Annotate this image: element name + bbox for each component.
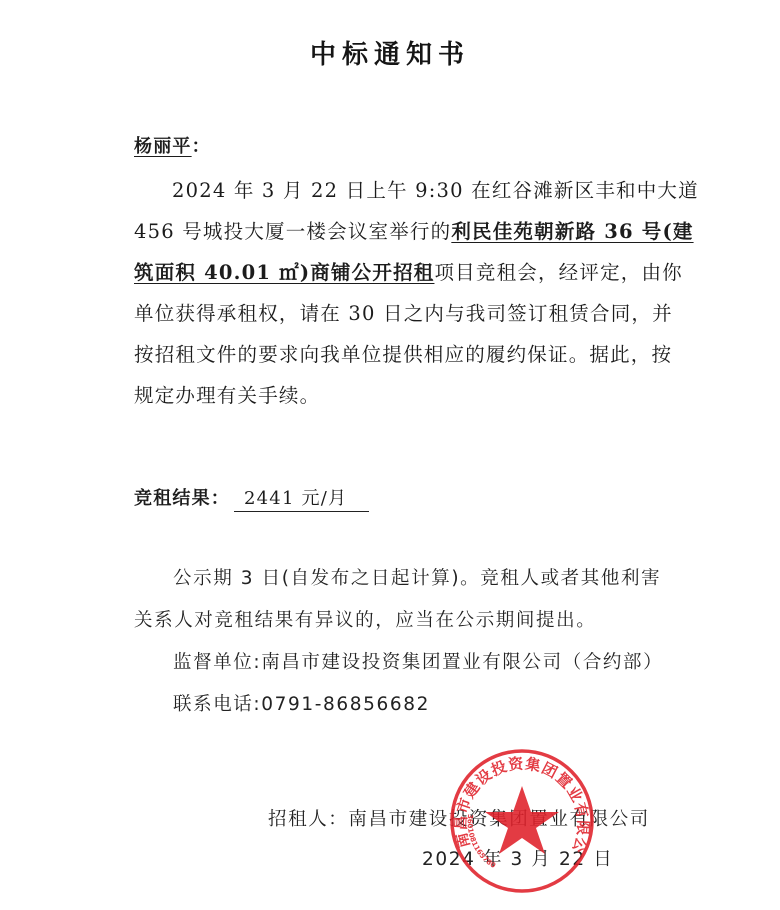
issuer-line: 招租人：南昌市建设投资集团置业有限公司	[268, 805, 650, 831]
paragraph1-line1: 2024 年 3 月 22 日上午 9:30 在红谷滩新区丰和中大道	[172, 175, 699, 203]
salutation-colon: ：	[192, 136, 211, 157]
paragraph1-line4: 单位获得承租权，请在 30 日之内与我司签订租赁合同，并	[134, 298, 673, 326]
notice-line2: 关系人对竞租结果有异议的，应当在公示期间提出。	[134, 606, 596, 632]
bid-result: 竞租结果：2441 元/月	[134, 484, 369, 512]
phone-line: 联系电话:0791-86856682	[173, 690, 430, 716]
paragraph1-line5: 按招租文件的要求向我单位提供相应的履约保证。据此，按	[134, 339, 672, 367]
notice-line1: 公示期 3 日(自发布之日起计算)。竞租人或者其他利害	[173, 564, 661, 590]
recipient-name: 杨丽平	[134, 136, 192, 157]
bid-result-value: 2441 元/月	[234, 484, 369, 512]
salutation: 杨丽平：	[134, 132, 211, 158]
date-line: 2024 年 3 月 22 日	[422, 845, 613, 871]
paragraph1-line3-plain: 项目竞租会，经评定，由你	[434, 261, 682, 284]
bid-result-label: 竞租结果：	[134, 488, 230, 509]
document-title: 中标通知书	[0, 34, 780, 71]
paragraph1-line3: 筑面积 40.01 ㎡)商铺公开招租项目竞租会，经评定，由你	[134, 257, 683, 285]
supervisor-line: 监督单位:南昌市建设投资集团置业有限公司（合约部）	[173, 648, 663, 674]
notice-document: 中标通知书 杨丽平： 2024 年 3 月 22 日上午 9:30 在红谷滩新区…	[0, 0, 780, 910]
seal-arc-text: 南昌市建设投资集团置业有限公司	[449, 748, 592, 856]
paragraph1-line2: 456 号城投大厦一楼会议室举行的利民佳苑朝新路 36 号(建	[134, 216, 694, 244]
project-name-part1: 利民佳苑朝新路 36 号(建	[451, 220, 693, 243]
paragraph1-line6: 规定办理有关手续。	[134, 380, 320, 408]
project-name-part2: 筑面积 40.01 ㎡)商铺公开招租	[134, 261, 434, 284]
paragraph1-line2-plain: 456 号城投大厦一楼会议室举行的	[134, 220, 451, 243]
